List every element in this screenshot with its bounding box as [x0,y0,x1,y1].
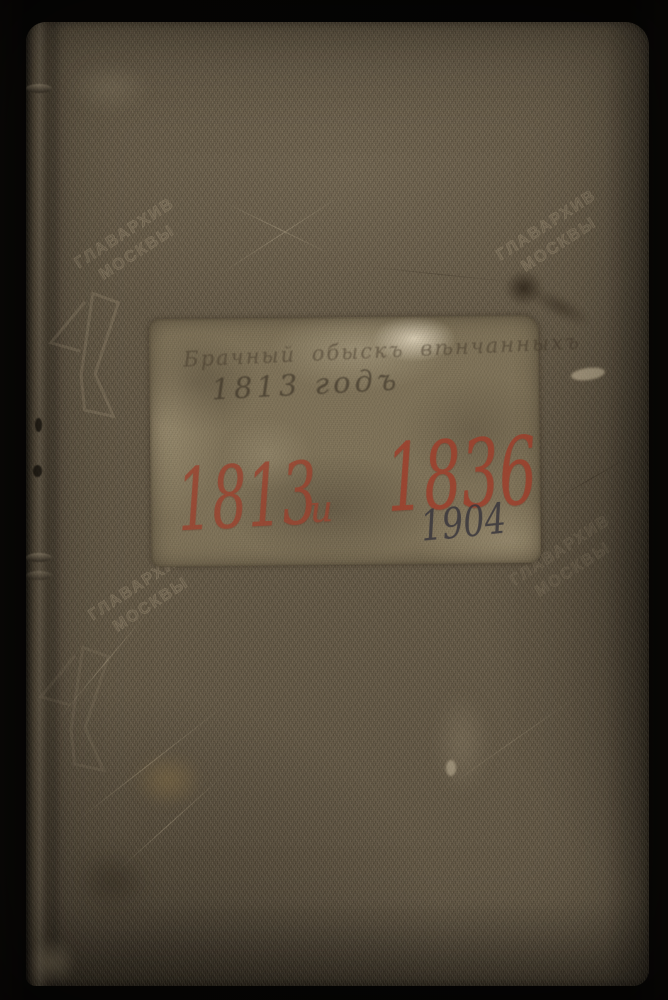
archive-logo-watermark-icon [26,276,167,451]
photo-backdrop: ГЛАВАРХИВ МОСКВЫ ГЛАВАРХИВ МОСКВЫ ГЛАВАР… [0,0,668,1000]
crease-line [550,454,633,502]
watermark-line1: ГЛАВАРХИВ [477,175,615,276]
scratch-line [224,202,332,256]
watermark-line1: ГЛАВАРХИВ [55,183,193,284]
watermark-line2: МОСКВЫ [82,554,220,655]
book-cover: ГЛАВАРХИВ МОСКВЫ ГЛАВАРХИВ МОСКВЫ ГЛАВАР… [26,22,649,986]
red-ink-years: 1813 и 1836 [174,426,529,553]
corner-highlight [68,62,152,114]
spine-band-highlight [26,553,52,562]
scratch-line [113,774,225,875]
book-spine-edge [26,22,62,986]
label-weave-texture [149,315,542,567]
pencil-year-1904: 1904 [419,498,508,548]
spine-band-highlight [26,84,52,93]
light-speck [446,760,456,776]
watermark-line2: МОСКВЫ [490,194,628,295]
dark-stain [74,848,152,914]
faded-handwriting-title: Брачный обыскъ вѣнчанныхъ [183,330,582,372]
crease-line [366,266,515,283]
red-ink-conjunction: и [309,492,334,529]
archive-logo-watermark-icon [26,630,157,805]
watermark-text-top-left: ГЛАВАРХИВ МОСКВЫ [55,183,206,304]
watermark-text-top-right: ГЛАВАРХИВ МОСКВЫ [477,175,628,296]
worn-light-patch [434,690,490,796]
paper-label: Брачный обыскъ вѣнчанныхъ 1813 годъ 1813… [149,315,542,567]
scratch-line [441,693,581,791]
red-year-1813: 1813 [175,451,320,544]
dark-ink-blot-stain [504,270,544,306]
scratch-line [218,193,344,276]
spine-wear-speck [33,465,42,477]
scratch-line [59,611,150,719]
frayed-corner-wear [28,938,76,986]
ochre-stain [132,752,204,808]
spine-band-highlight [26,571,52,580]
light-speck [570,366,605,383]
spine-wear-speck [35,418,42,432]
watermark-line2: МОСКВЫ [68,202,206,303]
red-year-1836: 1836 [384,425,540,527]
scratch-line [74,706,224,824]
faded-handwriting-year: 1813 годъ [211,362,401,406]
